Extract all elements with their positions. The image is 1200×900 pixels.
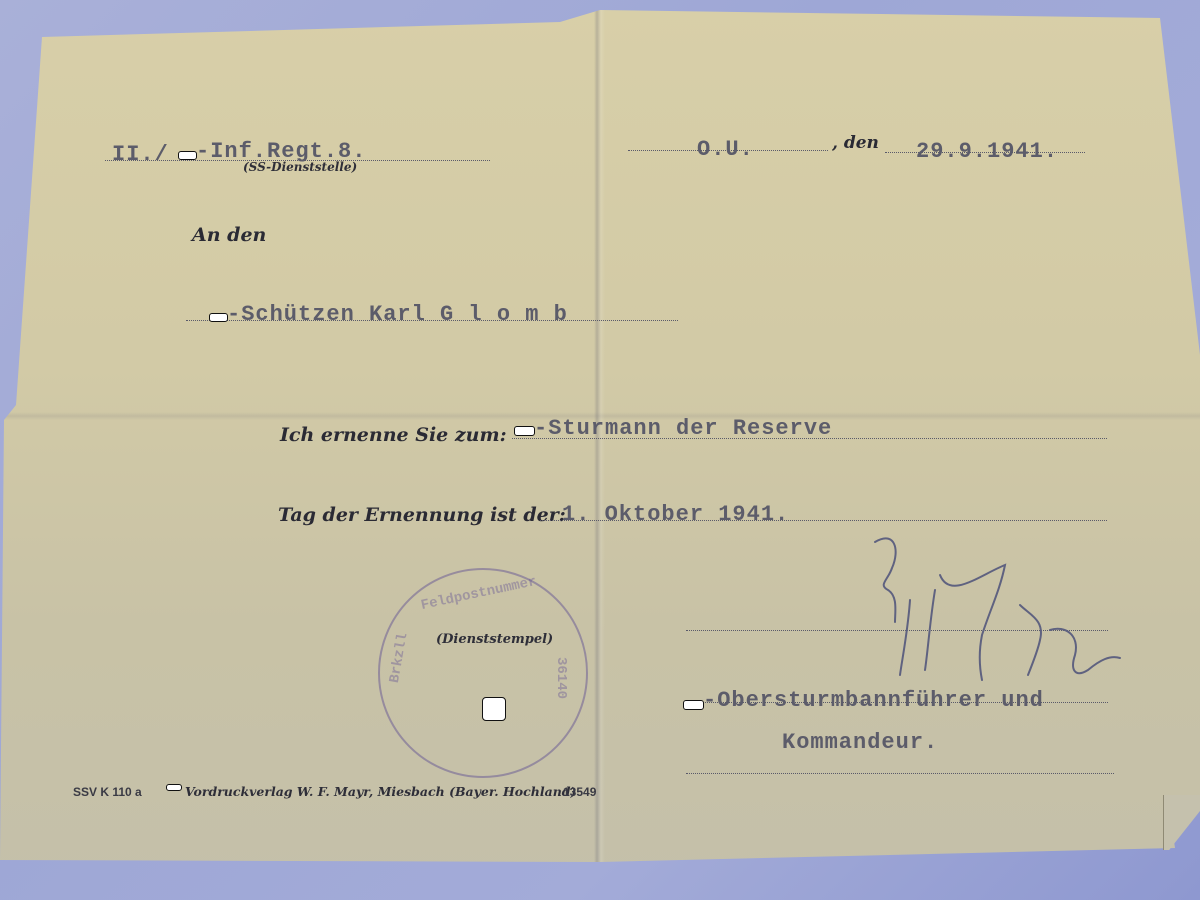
recipient-name: -Schützen Karl G l o m b bbox=[227, 302, 568, 327]
title-dotted-line-2 bbox=[686, 773, 1114, 774]
stamp-caption: (Dienststempel) bbox=[436, 632, 553, 647]
redaction-mark bbox=[482, 697, 506, 721]
form-code: SSV K 110 a bbox=[73, 785, 142, 799]
official-stamp: Feldpostnummer 36140 Brkzll bbox=[378, 568, 588, 778]
effective-date-value: 1. Oktober 1941. bbox=[562, 502, 789, 527]
form-number: 13549 bbox=[563, 785, 596, 799]
effective-date-label: Tag der Ernennung ist der: bbox=[278, 504, 566, 526]
publisher-line: Vordruckverlag W. F. Mayr, Miesbach (Bay… bbox=[185, 784, 576, 799]
unit-caption: (SS-Dienststelle) bbox=[243, 160, 357, 174]
redaction-mark bbox=[178, 151, 197, 160]
signer-title-line1: -Obersturmbannführer und bbox=[703, 688, 1044, 713]
document-sheet bbox=[0, 0, 1200, 900]
appointment-label: Ich ernenne Sie zum: bbox=[280, 424, 507, 446]
folded-corner bbox=[1163, 795, 1200, 850]
redaction-mark bbox=[209, 313, 228, 322]
redaction-mark bbox=[514, 426, 535, 436]
date-prefix: , den bbox=[832, 133, 879, 153]
stamp-ring-text-right: 36140 bbox=[553, 657, 569, 699]
signer-title-line2: Kommandeur. bbox=[782, 730, 938, 755]
rank-value: -Sturmann der Reserve bbox=[534, 416, 832, 441]
handwritten-signature bbox=[870, 530, 1130, 690]
redaction-mark bbox=[166, 784, 182, 791]
recipient-label: An den bbox=[192, 224, 266, 246]
date-value: 29.9.1941. bbox=[916, 139, 1058, 164]
stamp-ring-text-top: Feldpostnummer bbox=[420, 574, 538, 614]
unit-prefix: II./ bbox=[112, 142, 169, 167]
redaction-mark bbox=[683, 700, 704, 710]
stamp-ring-text-left: Brkzll bbox=[387, 632, 412, 684]
place-value: O.U. bbox=[697, 137, 754, 162]
